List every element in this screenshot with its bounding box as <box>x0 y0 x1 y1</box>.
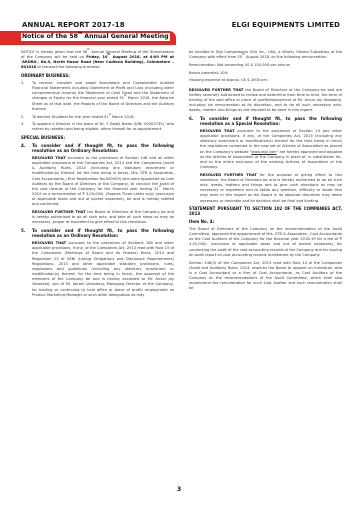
resolution-text: for the purpose of giving effect to this… <box>200 173 342 203</box>
resolved-label: RESOLVED THAT <box>32 156 66 160</box>
list-item: 3. To appoint a Director in the place of… <box>21 122 174 132</box>
item-number: 4. <box>21 143 32 153</box>
banner-title-post: Annual General Meeting <box>82 33 168 40</box>
housing-line: Housing expense at approx. US $ 2000 pm <box>189 78 342 83</box>
resolution-paragraph: RESOLVED THAT pursuant to the provisions… <box>200 129 342 170</box>
resolved-label: RESOLVED THAT <box>32 241 66 245</box>
page-number: 3 <box>177 486 181 493</box>
resolution-item-4: 4. To consider and if thought fit, to pa… <box>21 143 174 153</box>
resolved-further-label: RESOLVED FURTHER THAT <box>32 210 86 214</box>
banner-title: Notice of the 58th Annual General Meetin… <box>21 33 170 41</box>
item-text-part: March 2018. <box>111 115 135 119</box>
resolution-title: To consider and if thought fit, to pass … <box>32 228 174 238</box>
item-no-4-heading: Item No. 4: <box>189 219 342 224</box>
item-text: To appoint a Director in the place of Dr… <box>32 122 174 132</box>
statement-heading: STATEMENT PURSUANT TO SECTION 102 OF THE… <box>189 206 342 216</box>
resolved-further-label: RESOLVED FURTHER THAT <box>189 88 243 92</box>
remuneration-line: Remuneration: Not exceeding US $ 150,000… <box>189 63 342 68</box>
list-item: 1. To receive, consider and adopt Standa… <box>21 81 174 112</box>
resolution-paragraph: RESOLVED FURTHER THAT for the purpose of… <box>200 173 342 204</box>
resolution-title: To consider and if thought fit, to pass … <box>32 143 174 153</box>
section-banner: Notice of the 58th Annual General Meetin… <box>0 31 176 45</box>
resolution-item-5: 5. To consider and if thought fit, to pa… <box>21 228 174 238</box>
resolved-further-label: RESOLVED FURTHER THAT <box>200 173 257 177</box>
intro-paragraph: NOTICE is hereby given that the 58th Ann… <box>21 50 174 71</box>
resolution-text: pursuant to the provisions of Section 14… <box>32 156 174 191</box>
left-column: NOTICE is hereby given that the 58th Ann… <box>21 50 174 300</box>
intro-text: NOTICE is hereby given that the 58 <box>21 50 87 54</box>
item-number: 5. <box>21 228 32 238</box>
intro-text: to transact the following business: <box>36 65 100 69</box>
continuation-text: August 2018, on the following remunerati… <box>245 55 328 59</box>
item-number: 2. <box>21 115 32 120</box>
resolution-paragraph: RESOLVED FURTHER THAT the Board of Direc… <box>32 210 174 225</box>
item-number: 6. <box>189 116 200 126</box>
ordinary-business-heading: ORDINARY BUSINESS: <box>21 73 174 78</box>
company-name: ELGI EQUIPMENTS LIMITED <box>232 21 340 29</box>
resolution-title: To consider and if thought fit, to pass … <box>200 116 342 126</box>
item-text-part: To declare Dividend for the year ended 3… <box>32 115 109 119</box>
statement-paragraph: The Board of Directors of the Company on… <box>189 227 342 258</box>
resolved-label: RESOLVED THAT <box>200 129 235 133</box>
report-title: ANNUAL REPORT 2017-18 <box>22 21 125 29</box>
item-number: 1. <box>21 81 32 112</box>
resolution-paragraph: RESOLVED THAT pursuant to the provisions… <box>32 156 174 208</box>
continuation-paragraph: be decided in Elgi Compressors USA Inc.,… <box>189 50 342 60</box>
list-item: 2. To declare Dividend for the year ende… <box>21 115 174 120</box>
right-column: be decided in Elgi Compressors USA Inc.,… <box>189 50 342 294</box>
item-text: To receive, consider and adopt Standalon… <box>32 81 174 112</box>
resolution-text: pursuant to the provisions of Sections 1… <box>32 241 174 297</box>
website-link[interactable]: www.elgi.com <box>251 150 276 154</box>
special-business-heading: SPECIAL BUSINESS: <box>21 135 174 140</box>
item-text: To declare Dividend for the year ended 3… <box>32 115 174 120</box>
resolution-item-6: 6. To consider and if thought fit, to pa… <box>189 116 342 126</box>
banner-title-pre: Notice of the 58 <box>22 33 78 40</box>
resolved-further-paragraph: RESOLVED FURTHER THAT the Board of Direc… <box>189 88 342 114</box>
resolution-paragraph: RESOLVED THAT pursuant to the provisions… <box>32 241 174 298</box>
meeting-date: Friday, 10 <box>86 55 107 59</box>
item-number: 3. <box>21 122 32 132</box>
bonus-line: Bonus potential: 10% <box>189 71 342 76</box>
statement-paragraph: Section 148(3) of the Companies Act, 201… <box>189 261 342 292</box>
